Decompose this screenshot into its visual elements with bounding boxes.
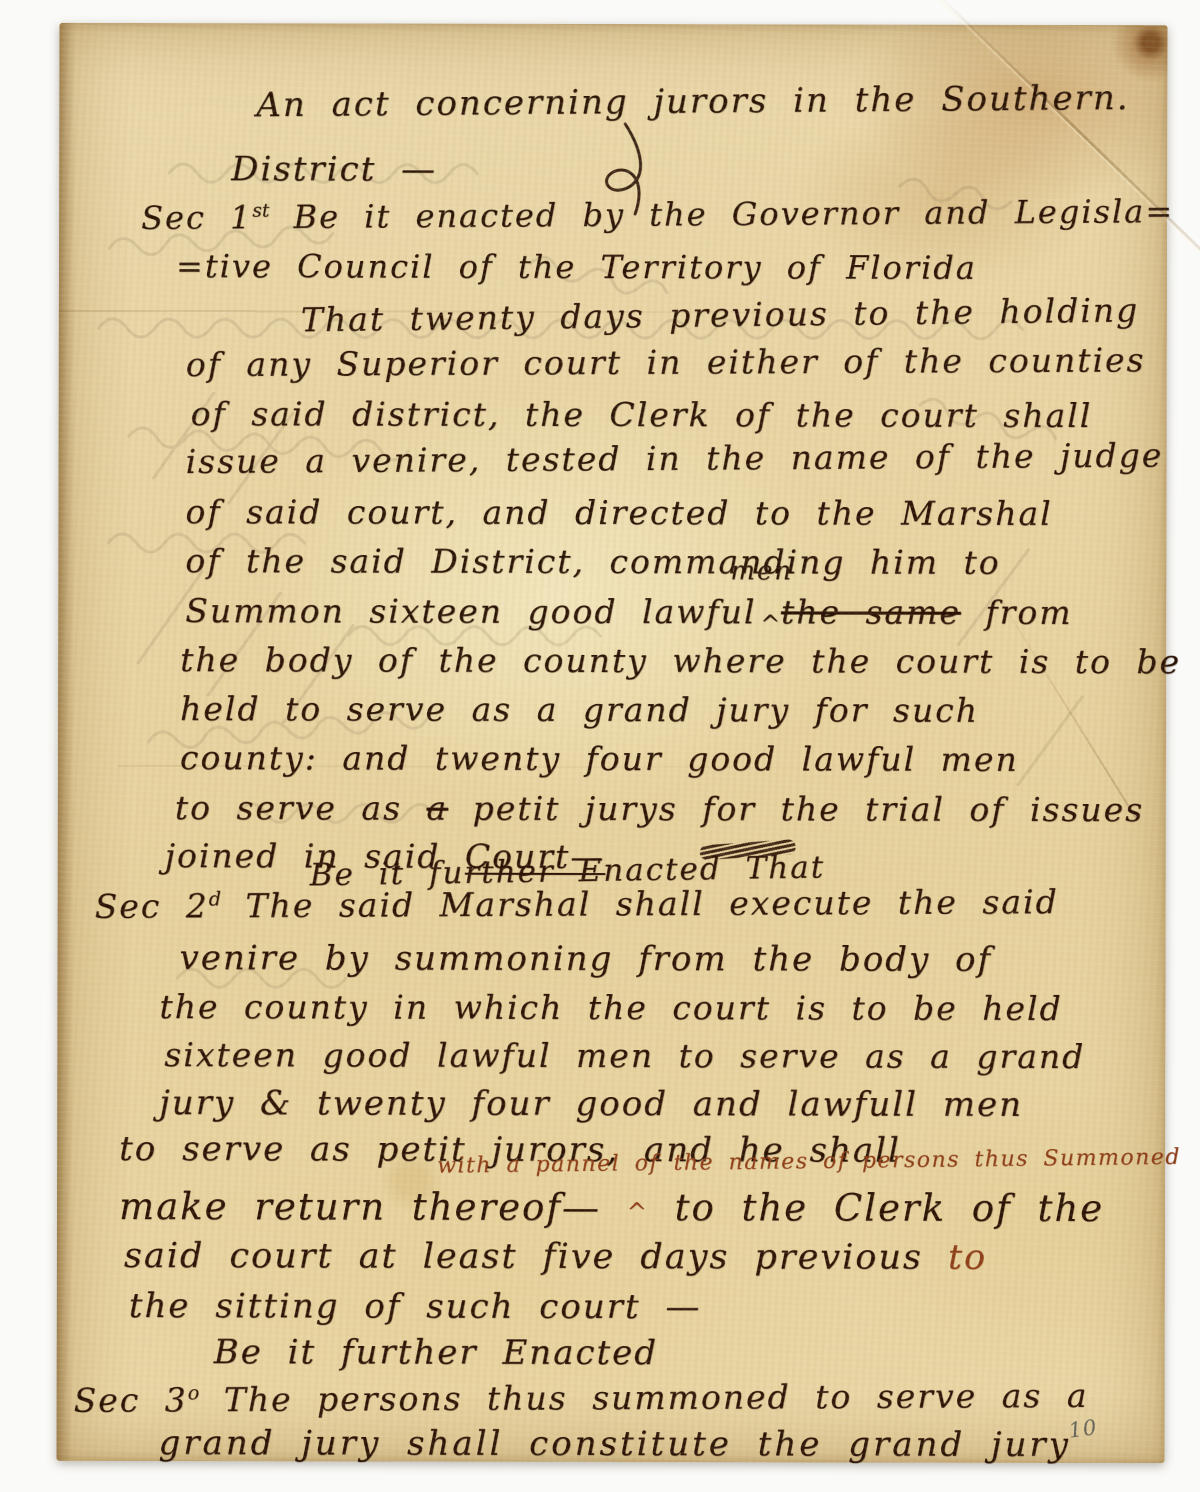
section-ordinal: o: [188, 1381, 200, 1404]
line-text: venire by summoning from the body of: [180, 938, 993, 980]
manuscript-line: held to serve as a grand jury for such: [180, 689, 979, 730]
line-text: An act concerning jurors in the Southern…: [256, 78, 1129, 125]
line-text: sixteen good lawful men to serve as a gr…: [164, 1035, 1085, 1076]
red-ink-word: to: [948, 1238, 987, 1278]
line-text: the county in which the court is to be h…: [159, 987, 1062, 1028]
page-number: 10: [1067, 1415, 1099, 1443]
section-label: Sec 3: [74, 1380, 188, 1420]
manuscript-line: of said district, the Clerk of the court…: [191, 394, 1093, 435]
scanned-document: An act concerning jurors in the Southern…: [0, 0, 1200, 1492]
inserted-word: men: [730, 556, 793, 586]
manuscript-page: An act concerning jurors in the Southern…: [56, 23, 1167, 1463]
manuscript-line: the county in which the court is to be h…: [159, 987, 1062, 1028]
manuscript-line: the body of the county where the court i…: [180, 640, 1181, 681]
section-ordinal: st: [252, 201, 269, 222]
interlinear-insertion: men: [730, 556, 793, 586]
line-text: said court at least five days previous: [124, 1236, 948, 1278]
section-label: Sec 1: [141, 198, 253, 237]
struck-text: the same: [781, 592, 961, 631]
manuscript-line: Sec 2d The said Marshal shall execute th…: [95, 882, 1059, 926]
section-label: Sec 2: [95, 886, 209, 926]
manuscript-line: to serve as a petit jurys for the trial …: [175, 788, 1144, 829]
line-text: from: [961, 593, 1073, 632]
line-text: petit jurys for the trial of issues: [448, 789, 1144, 829]
line-text: =tive Council of the Territory of Florid…: [176, 247, 977, 287]
manuscript-line: make return thereof— ^ to the Clerk of t…: [119, 1185, 1104, 1230]
line-text: jury & twenty four good and lawfull men: [159, 1083, 1023, 1125]
manuscript-line: District —: [231, 149, 437, 189]
line-text: the body of the county where the court i…: [180, 640, 1181, 681]
line-text: of said district, the Clerk of the court…: [191, 394, 1093, 435]
manuscript-line: Summon sixteen good lawful the same from: [185, 591, 1072, 632]
line-text: District —: [231, 149, 437, 189]
manuscript-line: Sec 1st Be it enacted by the Governor an…: [141, 192, 1174, 237]
section-ordinal: d: [209, 887, 221, 910]
caret-glyph: ^: [627, 1198, 649, 1226]
manuscript-line: county: and twenty four good lawful men: [180, 738, 1019, 779]
manuscript-line: Be it further Enacted: [214, 1332, 658, 1373]
manuscript-line: of any Superior court in either of the c…: [186, 340, 1146, 384]
line-text: issue a venire, tested in the name of th…: [185, 436, 1163, 481]
line-text: held to serve as a grand jury for such: [180, 689, 979, 730]
manuscript-line: Sec 3o The persons thus summoned to serv…: [74, 1376, 1089, 1420]
manuscript-line: said court at least five days previous t…: [124, 1236, 987, 1278]
manuscript-line: the sitting of such court —: [129, 1286, 702, 1327]
manuscript-line: of said court, and directed to the Marsh…: [185, 492, 1052, 533]
line-text: make return thereof—: [119, 1185, 627, 1229]
line-text: Be it enacted by the Governor and Legisl…: [269, 192, 1174, 236]
manuscript-line: grand jury shall constitute the grand ju…: [158, 1423, 1070, 1465]
line-text: grand jury shall constitute the grand ju…: [158, 1423, 1070, 1465]
manuscript-line: of the said District, commanding him to: [185, 541, 1000, 582]
line-text: of any Superior court in either of the c…: [186, 340, 1146, 384]
line-text: Summon sixteen good lawful: [185, 591, 781, 631]
manuscript-line: jury & twenty four good and lawfull men: [159, 1083, 1023, 1125]
line-text: of said court, and directed to the Marsh…: [185, 492, 1052, 533]
line-text: Be it further Enacted: [214, 1332, 658, 1373]
struck-text: a: [426, 789, 448, 828]
line-text: of the said District, commanding him to: [185, 541, 1000, 582]
manuscript-line: sixteen good lawful men to serve as a gr…: [164, 1035, 1085, 1076]
line-text: the sitting of such court —: [129, 1286, 702, 1327]
line-text: to the Clerk of the: [675, 1186, 1105, 1230]
manuscript-line: issue a venire, tested in the name of th…: [185, 436, 1163, 481]
manuscript-line: An act concerning jurors in the Southern…: [256, 78, 1129, 125]
line-text: The persons thus summoned to serve as a: [199, 1376, 1088, 1419]
manuscript-line: venire by summoning from the body of: [180, 938, 993, 980]
line-text: to serve as: [175, 788, 427, 828]
line-text: The said Marshal shall execute the said: [221, 882, 1059, 925]
line-text: county: and twenty four good lawful men: [180, 738, 1019, 779]
manuscript-line: =tive Council of the Territory of Florid…: [176, 247, 977, 287]
